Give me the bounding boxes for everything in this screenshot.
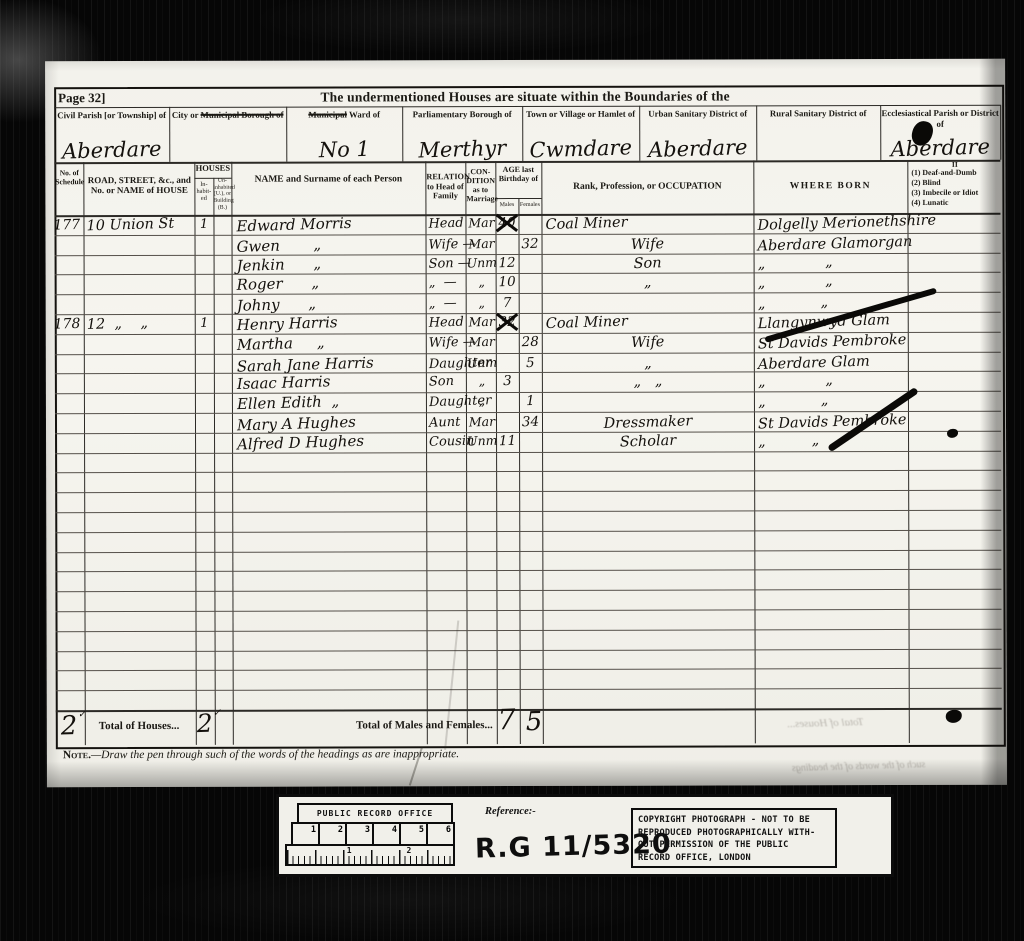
cell-handwritten-entry: 32: [518, 237, 541, 251]
cell-handwritten-entry: „ „: [758, 393, 829, 410]
header-box-handwritten-value: No 1: [286, 138, 403, 163]
cell-handwritten-entry: Johny „: [236, 297, 316, 314]
cell-handwritten-entry: „ —: [428, 276, 456, 290]
cell-handwritten-entry: 28: [519, 335, 542, 349]
reference-label: Reference:-: [485, 806, 536, 817]
bleed-through-text: Total of Houses...: [787, 716, 864, 730]
header-box: Rural Sanitary District of: [756, 105, 881, 160]
cell-handwritten-entry: Alfred D Hughes: [237, 433, 364, 452]
ruler-cm-number: 1: [347, 846, 352, 855]
copyright-line: REPRODUCED PHOTOGRAPHICALLY WITH-: [638, 827, 830, 840]
col-subheader-males: Males: [495, 202, 518, 209]
ruler-number: 1: [293, 824, 320, 844]
total-males-females-label: Total of Males and Females...: [277, 719, 493, 732]
cell-handwritten-entry: 1: [194, 218, 213, 232]
header-box: Parliamentary Borough ofMerthyr: [402, 106, 523, 161]
cell-handwritten-entry: Mary A Hughes: [237, 415, 356, 434]
cell-handwritten-entry: Unm: [467, 434, 497, 447]
ruler-cm-number: 2: [407, 846, 412, 855]
pro-ruler-inches: 1 2 3 4 5 6: [291, 822, 455, 846]
cell-handwritten-entry: Head: [429, 316, 464, 330]
cell-handwritten-entry: Mar: [466, 237, 496, 250]
cell-handwritten-entry: Aberdare Glam: [758, 354, 870, 372]
ruler-number: 6: [428, 824, 453, 844]
cell-handwritten-entry: Ellen Edith „: [237, 394, 340, 412]
cell-handwritten-entry: 11: [496, 434, 519, 448]
copyright-line: COPYRIGHT PHOTOGRAPH - NOT TO BE: [638, 814, 830, 827]
census-page: Page 32] The undermentioned Houses are s…: [45, 59, 1007, 788]
header-box: City or Municipal Borough of: [169, 107, 287, 162]
scanned-census-photograph: Page 32] The undermentioned Houses are s…: [0, 0, 1024, 941]
col-header-where-born: WHERE BORN: [753, 181, 907, 192]
col-header-disability-3: (3) Imbecile or Idiot: [911, 189, 1002, 198]
cell-handwritten-entry: „ „: [757, 295, 828, 312]
header-box-handwritten-value: Cwmdare: [522, 137, 640, 162]
cell-handwritten-entry: Sarah Jane Harris: [237, 355, 374, 374]
cell-handwritten-entry: 177: [53, 218, 80, 233]
total-houses-handwritten: 2: [196, 711, 213, 736]
cell-handwritten-entry: Isaac Harris: [237, 375, 331, 393]
cell-handwritten-entry: Aunt: [429, 416, 461, 430]
ruler-number: 2: [320, 824, 347, 844]
col-header-road: ROAD, STREET, &c., and No. or NAME of HO…: [85, 175, 193, 196]
form-footnote: Note.—Draw the pen through such of the w…: [63, 748, 459, 761]
copyright-notice: COPYRIGHT PHOTOGRAPH - NOT TO BE REPRODU…: [631, 808, 837, 868]
header-box-handwritten-value: Aberdare: [880, 136, 1001, 161]
total-females-handwritten: 5: [525, 709, 542, 735]
copyright-line: OUT PERMISSION OF THE PUBLIC: [638, 839, 830, 852]
header-box: Urban Sanitary District ofAberdare: [639, 105, 757, 160]
ruler-number: 3: [347, 824, 374, 844]
header-box-label: City or Municipal Borough of: [169, 107, 286, 121]
cell-handwritten-entry: Mar: [467, 416, 497, 429]
col-subheader-uninhabited: Un- inhabited (U.), or Building (B.): [213, 178, 231, 211]
header-box-label: Ecclesiastical Parish or District of: [880, 105, 1000, 130]
col-header-disability-2: (2) Blind: [911, 179, 1002, 188]
cell-handwritten-entry: 3: [496, 375, 519, 389]
copyright-line: RECORD OFFICE, LONDON: [638, 852, 830, 865]
check-mark-icon: ✓: [213, 709, 222, 719]
cell-handwritten-entry: 10 Union St: [86, 217, 174, 234]
cell-handwritten-entry: „: [467, 375, 497, 388]
cell-handwritten-entry: Edward Morris: [236, 216, 352, 235]
header-box-label: Municipal Ward of: [286, 106, 402, 120]
cell-handwritten-entry: Mar: [467, 316, 497, 329]
form-title: The undermentioned Houses are situate wi…: [245, 88, 805, 105]
cell-handwritten-entry: 10: [495, 276, 518, 290]
struck-heading-text: Municipal: [308, 109, 347, 119]
cell-handwritten-entry: 12 „ „: [87, 316, 149, 332]
check-mark-icon: ✓: [78, 710, 87, 720]
header-box-label: Urban Sanitary District of: [639, 105, 756, 119]
public-record-office-stamp: PUBLIC RECORD OFFICE 1 2 3 4 5 6 1 2 Ref…: [276, 794, 894, 877]
cell-handwritten-entry: 1: [519, 395, 542, 409]
cell-handwritten-entry: Jenkin „: [236, 256, 321, 274]
header-box-label: Parliamentary Borough of: [402, 106, 522, 120]
col-subheader-females: Females: [518, 202, 541, 209]
cell-handwritten-entry: Son: [429, 375, 454, 389]
ruler-number: 4: [374, 824, 401, 844]
header-box-handwritten-value: Merthyr: [402, 137, 523, 162]
note-prefix: Note.: [63, 749, 91, 761]
col-header-occupation: Rank, Profession, or OCCUPATION: [541, 181, 753, 192]
struck-heading-text: Municipal Borough of: [201, 110, 284, 120]
cell-handwritten-entry: „ „: [757, 275, 832, 292]
cell-handwritten-entry: 32: [496, 316, 519, 330]
cell-handwritten-entry: Mar: [467, 335, 497, 348]
cell-handwritten-entry: „: [467, 395, 497, 408]
cell-handwritten-entry: Unm: [467, 356, 497, 369]
header-box-label: Rural Sanitary District of: [756, 105, 880, 119]
col-header-disability-1: (1) Deaf-and-Dumb: [911, 169, 1002, 178]
cell-handwritten-entry: „: [467, 297, 497, 310]
cell-handwritten-entry: Mar: [466, 217, 496, 230]
cell-handwritten-entry: Martha „: [237, 335, 325, 353]
cell-handwritten-entry: 40: [495, 217, 518, 231]
col-subheader-inhabited: In- habit- ed: [194, 181, 213, 203]
cell-handwritten-entry: 178: [54, 317, 81, 332]
cell-handwritten-entry: Henry Harris: [237, 315, 338, 333]
header-box: Municipal Ward ofNo 1: [286, 106, 403, 161]
cell-handwritten-entry: Unm: [466, 256, 496, 269]
col-header-schedule: No. of Schedule: [55, 169, 83, 186]
header-box: Ecclesiastical Parish or District ofAber…: [880, 105, 1001, 160]
header-box-handwritten-value: Aberdare: [54, 138, 170, 163]
page-number-label: Page 32]: [58, 90, 105, 106]
pro-ruler-cm: 1 2: [285, 844, 455, 866]
cell-handwritten-entry: Head: [428, 217, 463, 231]
total-of-houses-label: Total of Houses...: [99, 720, 180, 732]
cell-handwritten-entry: „ „: [758, 433, 820, 449]
cell-handwritten-entry: „: [466, 276, 496, 289]
header-box-label: Civil Parish [or Township] of: [54, 107, 169, 121]
ruler-number: 5: [401, 824, 428, 844]
cell-handwritten-entry: 34: [519, 416, 542, 430]
cell-handwritten-entry: Coal Miner: [545, 216, 627, 233]
header-box-handwritten-value: Aberdare: [639, 137, 757, 162]
col-header-name: NAME and Surname of each Person: [251, 174, 405, 185]
header-box-label: Town or Village or Hamlet of: [522, 106, 639, 120]
cell-handwritten-entry: „ „: [757, 255, 832, 272]
cell-handwritten-entry: Coal Miner: [546, 315, 628, 332]
cell-handwritten-entry: 1: [195, 317, 214, 331]
cell-handwritten-entry: Gwen „: [236, 237, 321, 255]
note-body: —Draw the pen through such of the words …: [91, 748, 459, 761]
cell-handwritten-entry: „ —: [428, 297, 456, 311]
header-box: Civil Parish [or Township] ofAberdare: [54, 107, 170, 162]
cell-handwritten-entry: 12: [495, 256, 518, 270]
cell-handwritten-entry: 5: [519, 356, 542, 370]
cell-handwritten-entry: Roger „: [236, 276, 319, 294]
bleed-through-text: such of the words of the headings: [792, 759, 926, 774]
pro-office-title: PUBLIC RECORD OFFICE: [297, 803, 453, 824]
col-header-disability-4: (4) Lunatic: [911, 199, 1002, 208]
cell-handwritten-entry: „ „: [758, 374, 833, 391]
col-header-houses: HOUSES: [194, 164, 231, 174]
header-box: Town or Village or Hamlet ofCwmdare: [522, 106, 640, 161]
col-header-age: AGE last Birthday of: [495, 165, 541, 183]
col-header-relation: RELATION to Head of Family: [426, 172, 464, 201]
age-subdivider: [495, 198, 541, 199]
total-schedules-handwritten: 2: [60, 713, 77, 739]
total-males-handwritten: 7: [497, 706, 516, 735]
cell-handwritten-entry: Son —: [428, 256, 471, 270]
col-header-condition: CON- DITION as to Marriage: [466, 168, 494, 204]
cell-handwritten-entry: 7: [495, 297, 518, 311]
